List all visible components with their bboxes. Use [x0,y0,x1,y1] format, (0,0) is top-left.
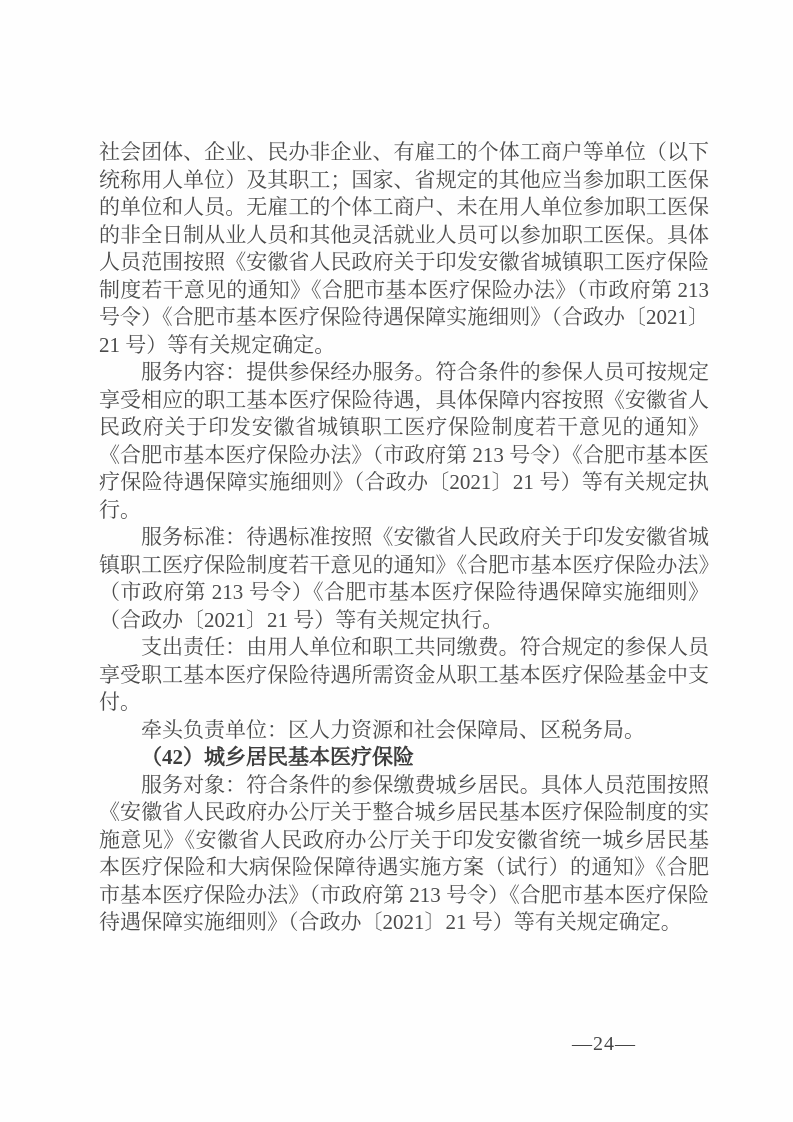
paragraph: 服务标准：待遇标准按照《安徽省人民政府关于印发安徽省城镇职工医疗保险制度若干意见… [99,524,709,634]
page-number: —24— [572,1033,636,1056]
document-body: 社会团体、企业、民办非企业、有雇工的个体工商户等单位（以下统称用人单位）及其职工… [99,139,709,937]
document-page: 社会团体、企业、民办非企业、有雇工的个体工商户等单位（以下统称用人单位）及其职工… [0,0,793,1122]
section-heading: （42）城乡居民基本医疗保险 [99,744,709,772]
paragraph: 服务对象：符合条件的参保缴费城乡居民。具体人员范围按照《安徽省人民政府办公厅关于… [99,772,709,937]
paragraph: 支出责任：由用人单位和职工共同缴费。符合规定的参保人员享受职工基本医疗保险待遇所… [99,634,709,717]
paragraph: 服务内容：提供参保经办服务。符合条件的参保人员可按规定享受相应的职工基本医疗保险… [99,359,709,524]
paragraph: 牵头负责单位：区人力资源和社会保障局、区税务局。 [99,717,709,745]
paragraph: 社会团体、企业、民办非企业、有雇工的个体工商户等单位（以下统称用人单位）及其职工… [99,139,709,359]
